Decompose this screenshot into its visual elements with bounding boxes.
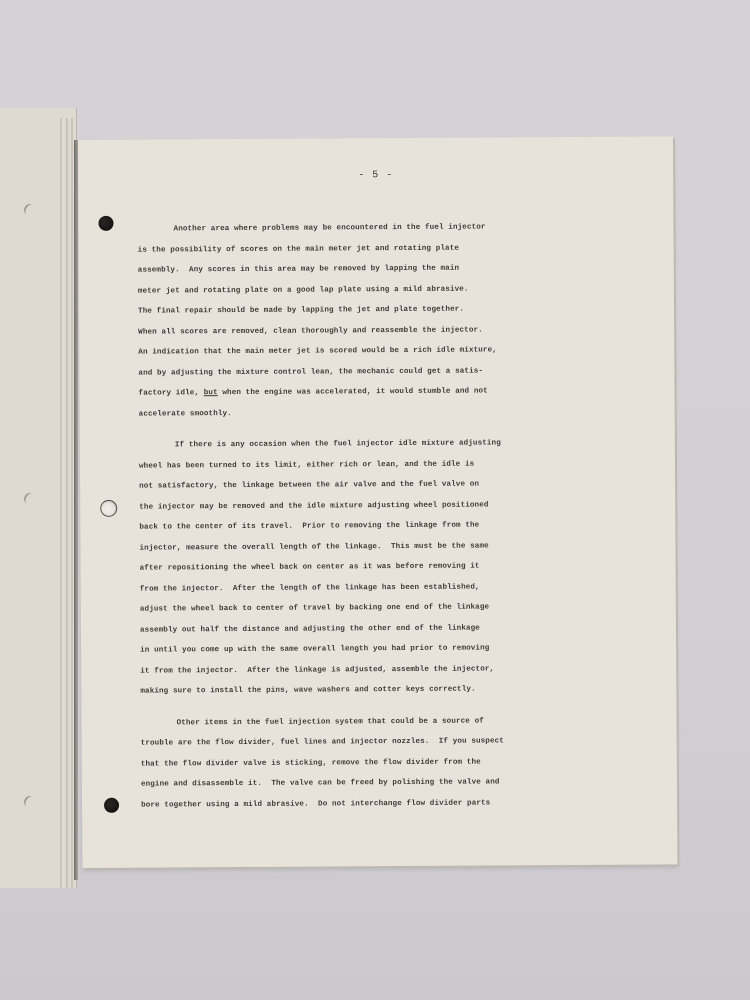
paragraph-2: If there is any occasion when the fuel i… (139, 433, 611, 702)
text-line: When all scores are removed, clean thoro… (138, 319, 608, 342)
text-line: An indication that the main meter jet is… (138, 340, 608, 363)
text-line: not satisfactory, the linkage between th… (139, 474, 609, 497)
text-fragment: when the engine was accelerated, it woul… (218, 388, 488, 398)
paragraph-3: Other items in the fuel injection system… (141, 710, 612, 815)
page-number: - 5 - (78, 168, 673, 183)
page-edge (60, 118, 62, 888)
hole-impression-icon (22, 794, 38, 810)
hole-impression-icon (22, 202, 38, 218)
text-line: wheel has been turned to its limit, eith… (139, 453, 609, 476)
text-line: assembly. Any scores in this area may be… (138, 258, 608, 281)
text-fragment: factory idle, (139, 389, 204, 397)
punch-hole-icon (100, 500, 117, 517)
page-edge (71, 118, 73, 888)
text-line: factory idle, but when the engine was ac… (138, 381, 608, 404)
text-line: is the possibility of scores on the main… (138, 237, 608, 260)
paragraph-1: Another area where problems may be encou… (137, 217, 608, 425)
page-shadow (74, 140, 78, 880)
document-body: Another area where problems may be encou… (137, 217, 611, 827)
text-line: If there is any occasion when the fuel i… (139, 433, 609, 456)
page-edge (66, 118, 68, 888)
text-line: making sure to install the pins, wave wa… (140, 679, 610, 702)
text-line: engine and disassemble it. The valve can… (141, 772, 611, 795)
text-line: it from the injector. After the linkage … (140, 658, 610, 681)
text-line: adjust the wheel back to center of trave… (140, 597, 610, 620)
text-line: bore together using a mild abrasive. Do … (141, 792, 611, 815)
text-line: and by adjusting the mixture control lea… (138, 360, 608, 383)
underlined-word: but (204, 389, 218, 397)
text-line: accelerate smoothly. (139, 401, 609, 424)
text-line: the injector may be removed and the idle… (139, 494, 609, 517)
text-line: The final repair should be made by lappi… (138, 299, 608, 322)
text-line: from the injector. After the length of t… (140, 576, 610, 599)
text-line: Other items in the fuel injection system… (141, 710, 611, 733)
text-line: trouble are the flow divider, fuel lines… (141, 731, 611, 754)
hole-impression-icon (22, 491, 38, 507)
text-line: back to the center of its travel. Prior … (139, 515, 609, 538)
text-line: meter jet and rotating plate on a good l… (138, 278, 608, 301)
underlying-page-stack (0, 108, 76, 888)
text-line: assembly out half the distance and adjus… (140, 617, 610, 640)
text-line: Another area where problems may be encou… (137, 217, 607, 240)
punch-hole-icon (104, 798, 119, 813)
punch-hole-icon (98, 216, 113, 231)
text-line: injector, measure the overall length of … (139, 535, 609, 558)
text-line: in until you come up with the same overa… (140, 638, 610, 661)
document-page: - 5 - Another area where problems may be… (78, 136, 677, 868)
text-line: after repositioning the wheel back on ce… (140, 556, 610, 579)
text-line: that the flow divider valve is sticking,… (141, 751, 611, 774)
